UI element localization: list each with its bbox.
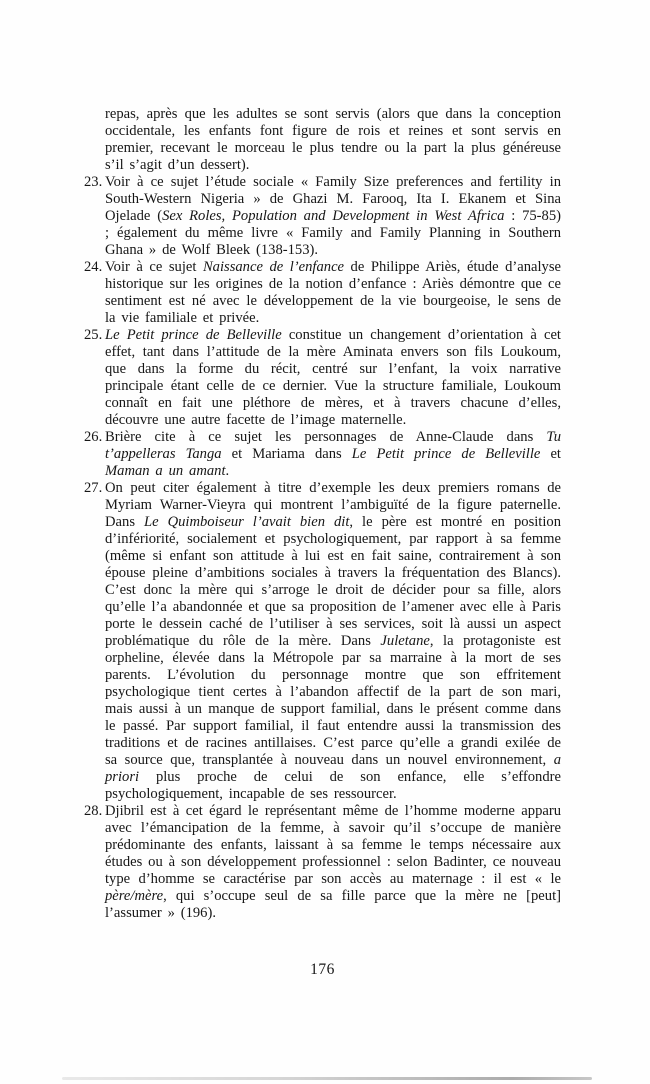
endnote-25: 25.Le Petit prince de Belleville constit… bbox=[84, 327, 561, 429]
text-segment: , la protagoniste est orpheline, élevée … bbox=[105, 633, 561, 768]
italic-title-segment: Le Quimboiseur l’avait bien dit bbox=[144, 514, 349, 530]
italic-title-segment: Juletane bbox=[380, 633, 429, 649]
italic-title-segment: Le Petit prince de Belleville bbox=[105, 327, 282, 343]
endnotes-list: repas, après que les adultes se sont ser… bbox=[84, 106, 561, 922]
text-segment: et bbox=[540, 446, 561, 462]
text-segment: Djibril est à cet égard le représentant … bbox=[105, 803, 561, 887]
text-segment: . bbox=[226, 463, 230, 479]
endnote-number: 24. bbox=[84, 259, 102, 276]
scanned-book-page: repas, après que les adultes se sont ser… bbox=[0, 0, 650, 1084]
endnote-number: 28. bbox=[84, 803, 102, 820]
endnote-text: Voir à ce sujet l’étude sociale « Family… bbox=[105, 174, 561, 258]
italic-title-segment: Sex Roles, Population and Development in… bbox=[162, 208, 504, 224]
endnote-text: Djibril est à cet égard le représentant … bbox=[105, 803, 561, 921]
endnote-text: On peut citer également à titre d’exempl… bbox=[105, 480, 561, 802]
page-number: 176 bbox=[84, 961, 561, 979]
endnote-28: 28.Djibril est à cet égard le représenta… bbox=[84, 803, 561, 922]
text-segment: , le père est montré en position d’infér… bbox=[105, 514, 561, 649]
endnote-text: repas, après que les adultes se sont ser… bbox=[105, 106, 561, 173]
endnote-26: 26.Brière cite à ce sujet les personnage… bbox=[84, 429, 561, 480]
endnote-24: 24.Voir à ce sujet Naissance de l’enfanc… bbox=[84, 259, 561, 327]
text-segment: repas, après que les adultes se sont ser… bbox=[105, 106, 561, 173]
endnote-text: Brière cite à ce sujet les personnages d… bbox=[105, 429, 561, 479]
endnote-number: 23. bbox=[84, 174, 102, 191]
endnote-number: 26. bbox=[84, 429, 102, 446]
text-segment: et Mariama dans bbox=[222, 446, 352, 462]
italic-title-segment: Maman a un amant bbox=[105, 463, 226, 479]
text-segment: Brière cite à ce sujet les personnages d… bbox=[105, 429, 546, 445]
italic-title-segment: Naissance de l’enfance bbox=[203, 259, 344, 275]
endnote-23: 23.Voir à ce sujet l’étude sociale « Fam… bbox=[84, 174, 561, 259]
endnote-text: Le Petit prince de Belleville constitue … bbox=[105, 327, 561, 428]
endnote-27: 27.On peut citer également à titre d’exe… bbox=[84, 480, 561, 803]
text-segment: plus proche de celui de son enfance, ell… bbox=[105, 769, 561, 802]
italic-title-segment: Le Petit prince de Belleville bbox=[352, 446, 541, 462]
endnote-number: 27. bbox=[84, 480, 102, 497]
endnote-continuation: repas, après que les adultes se sont ser… bbox=[84, 106, 561, 174]
italic-title-segment: père/mère bbox=[105, 888, 163, 904]
endnote-text: Voir à ce sujet Naissance de l’enfance d… bbox=[105, 259, 561, 326]
scan-artifact-line bbox=[62, 1077, 592, 1080]
text-segment: , qui s’occupe seul de sa fille parce qu… bbox=[105, 888, 561, 921]
endnote-number: 25. bbox=[84, 327, 102, 344]
text-segment: Voir à ce sujet bbox=[105, 259, 203, 275]
